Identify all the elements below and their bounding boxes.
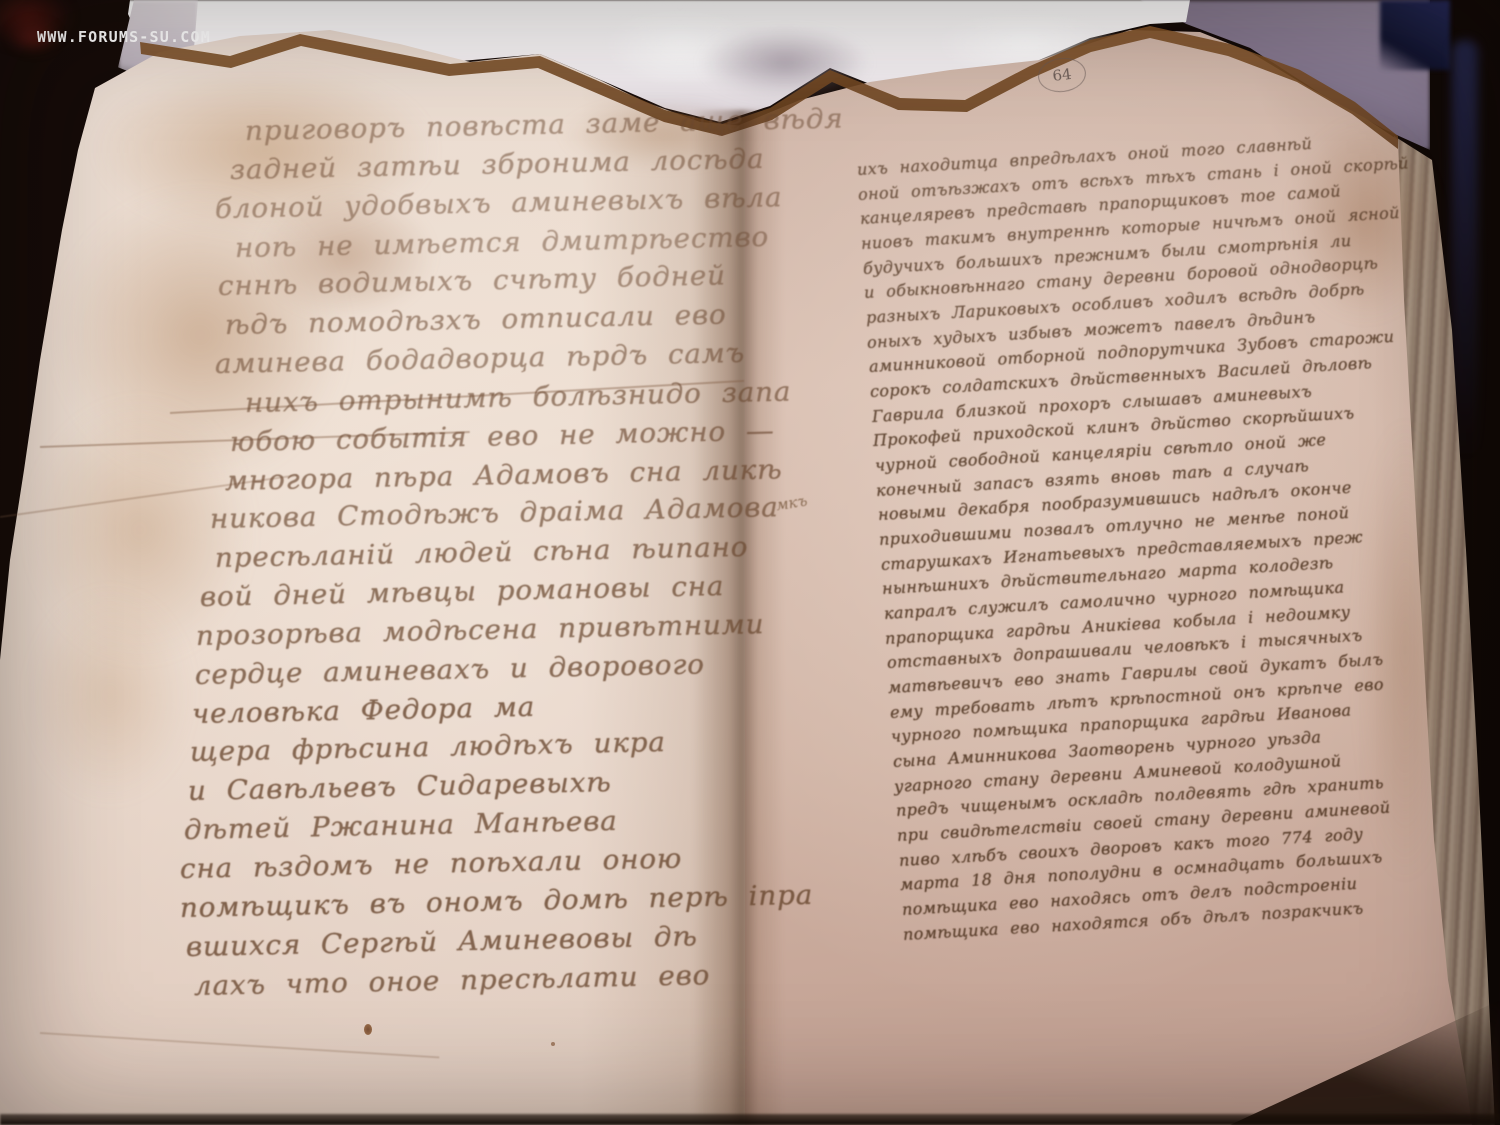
glare-shadow bbox=[700, 28, 870, 98]
manuscript-photo: приговоръ повѣста заме аще вѣдязадней за… bbox=[0, 0, 1500, 1125]
watermark-text: WWW.FORUMS-SU.COM bbox=[37, 28, 211, 46]
ink-blot bbox=[551, 1042, 555, 1046]
book-gutter-shadow bbox=[692, 110, 784, 1125]
water-stain bbox=[1290, 120, 1440, 320]
water-stain bbox=[255, 190, 435, 320]
page-number: 64 bbox=[1051, 65, 1072, 85]
water-stain bbox=[1360, 420, 1450, 880]
ink-blot bbox=[364, 1024, 372, 1035]
blue-object bbox=[1380, 0, 1450, 70]
bottom-edge-shadow bbox=[0, 1114, 1500, 1125]
water-stain bbox=[30, 590, 190, 800]
